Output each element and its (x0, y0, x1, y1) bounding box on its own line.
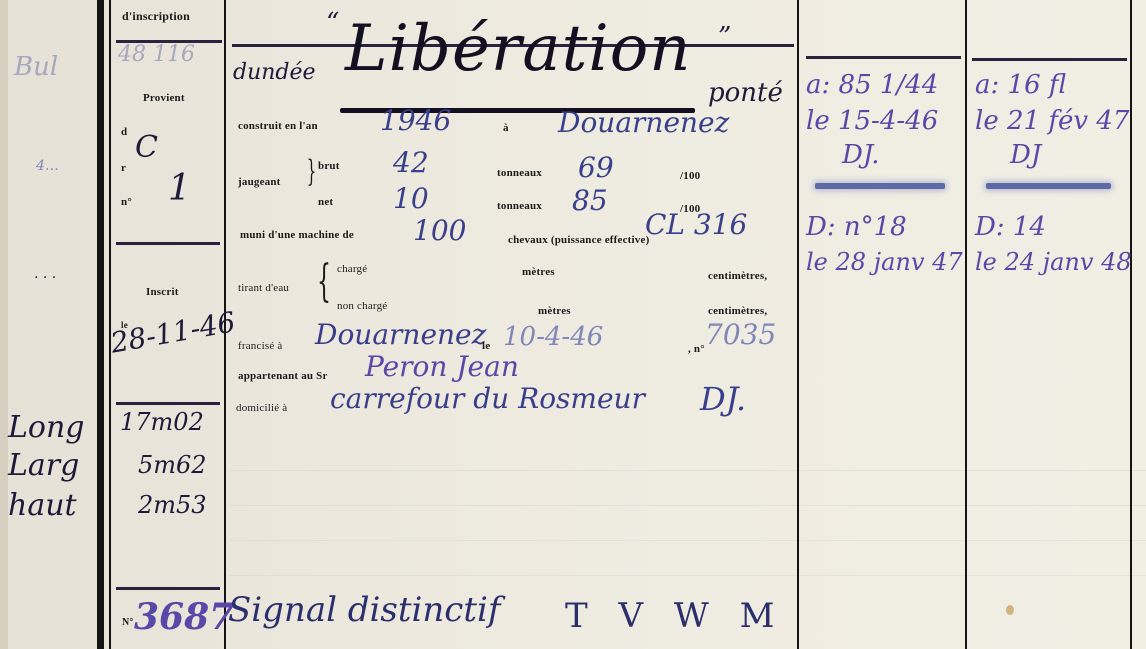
tonnage-label: jaugeant (238, 176, 281, 188)
brace-icon: } (307, 154, 317, 189)
francise-no: 7035 (705, 318, 776, 351)
margin-dimension-label: Long (8, 410, 85, 445)
annotation-2-line-2: le 21 fév 47 (975, 106, 1129, 136)
annotation-1-line-3: D: n°18 (806, 212, 907, 242)
initials: DJ. (700, 380, 746, 418)
signal-label: Signal distinctif (228, 590, 500, 630)
annotation-2-line-3: D: 14 (975, 212, 1046, 242)
section-rule (116, 242, 220, 245)
domicile-value: carrefour du Rosmeur (330, 382, 645, 415)
vessel-name: Libération (345, 12, 692, 86)
decked: ponté (708, 78, 783, 108)
provient-label: Provient (143, 92, 185, 104)
gross-value: 42 (393, 146, 429, 179)
margin-mark: . . . (34, 266, 56, 282)
at-label: à (503, 122, 509, 134)
annotation-2-line-1: a: 16 fl (975, 70, 1066, 100)
section-rule (116, 402, 220, 405)
francise-label: francisé à (238, 340, 282, 352)
engine-note: CL 316 (645, 208, 747, 241)
stamp-mark (815, 183, 945, 189)
ruled-line (230, 470, 1146, 471)
annotation-2-line-4: le 24 janv 48 (975, 248, 1132, 276)
stamp-mark (986, 183, 1111, 189)
vessel-type: dundée (233, 60, 316, 85)
gross-hundredths: 69 (578, 151, 614, 184)
engine-label: muni d'une machine de (240, 229, 354, 241)
ruled-line (230, 540, 1146, 541)
engine-value: 100 (413, 214, 466, 247)
net-label: net (318, 196, 333, 208)
header-rule (972, 58, 1127, 61)
inscrit-label: Inscrit (146, 286, 179, 298)
page-edge (0, 0, 8, 649)
no-value: 1 (168, 168, 191, 209)
net-value: 10 (393, 182, 429, 215)
built-year: 1946 (380, 104, 451, 137)
margin-dimension-label: Larg (8, 448, 79, 483)
open-quote: “ (326, 8, 339, 38)
per-hundred-gross: /100 (680, 170, 700, 182)
close-quote: ” (718, 22, 731, 52)
header-rule (806, 56, 961, 59)
built-place: Douarnenez (558, 106, 729, 139)
entry-no-label: N° (122, 617, 134, 628)
column-rule (1130, 0, 1132, 649)
column-rule (109, 0, 111, 649)
built-label: construit en l'an (238, 120, 318, 132)
owner-name: Peron Jean (365, 350, 519, 383)
domicile-label: domicilié à (236, 402, 287, 414)
ruled-line (230, 505, 1146, 506)
r-value: C (135, 130, 158, 165)
metres-label-unloaded: mètres (538, 305, 571, 317)
margin-dimension-label: haut (8, 488, 77, 523)
register-page: Bul 4… . . . Long Larg haut d'inscriptio… (0, 0, 1146, 649)
faint-number: 48 116 (118, 42, 195, 67)
centimetres-label-unloaded: centimètres, (708, 305, 767, 317)
d-label: d (121, 126, 127, 138)
inscrit-date: 28-11-46 (108, 305, 238, 359)
francise-date: 10-4-46 (503, 322, 603, 352)
engine-unit: chevaux (puissance effective) (508, 234, 649, 246)
no-label: n° (121, 196, 132, 208)
margin-rule (97, 0, 104, 649)
annotation-1-line-4: le 28 janv 47 (806, 248, 963, 276)
centimetres-label-loaded: centimètres, (708, 270, 767, 282)
r-label: r (121, 162, 126, 174)
net-hundredths: 85 (572, 184, 608, 217)
entry-no-value: 3687 (134, 596, 234, 638)
gross-label: brut (318, 160, 340, 172)
signal-value: T V W M (565, 596, 784, 636)
francise-no-label: , n° (688, 343, 705, 355)
annotation-1-initials: DJ. (842, 140, 880, 170)
depth-value: 2m53 (138, 491, 207, 519)
brace-icon: { (317, 256, 331, 307)
column-rule (797, 0, 799, 649)
paper-stain (1006, 605, 1014, 615)
metres-label-loaded: mètres (522, 266, 555, 278)
loaded-label: chargé (337, 263, 367, 275)
inscription-header: d'inscription (122, 9, 190, 24)
annotation-1-line-1: a: 85 1/44 (806, 70, 938, 100)
draught-label: tirant d'eau (238, 282, 289, 294)
column-rule (965, 0, 967, 649)
length-value: 17m02 (120, 408, 204, 436)
annotation-2-initials: DJ (1010, 140, 1041, 170)
annotation-1-line-2: le 15-4-46 (806, 106, 938, 136)
unloaded-label: non chargé (337, 300, 387, 312)
owner-label: appartenant au Sr (238, 370, 328, 382)
section-rule (116, 587, 220, 590)
breadth-value: 5m62 (138, 451, 207, 479)
gross-unit: tonneaux (497, 167, 542, 179)
francise-place: Douarnenez (315, 318, 486, 351)
ruled-line (230, 575, 1146, 576)
margin-pencil-note: Bul (14, 52, 58, 82)
net-unit: tonneaux (497, 200, 542, 212)
margin-mark: 4… (36, 158, 59, 174)
